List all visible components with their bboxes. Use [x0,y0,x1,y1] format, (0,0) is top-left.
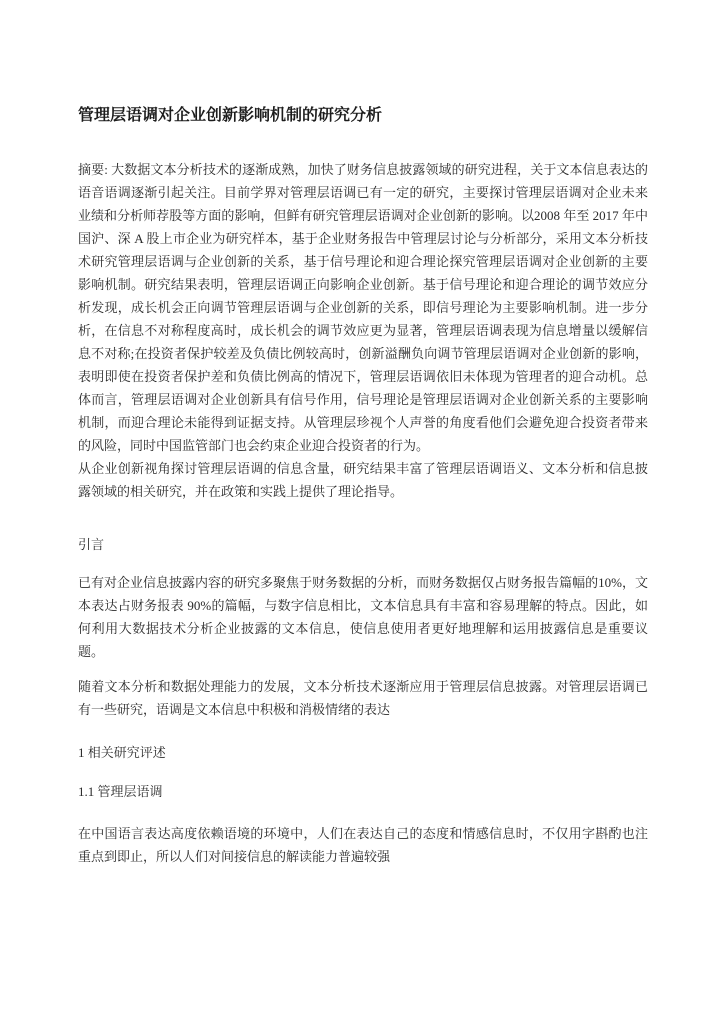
abstract-paragraph-2: 从企业创新视角探讨管理层语调的信息含量，研究结果丰富了管理层语调语义、文本分析和… [78,457,648,503]
page-title: 管理层语调对企业创新影响机制的研究分析 [78,104,648,128]
abstract-block: 摘要: 大数据文本分析技术的逐渐成熟，加快了财务信息披露领域的研究进程，关于文本… [78,158,648,503]
introduction-paragraph-2: 随着文本分析和数据处理能力的发展，文本分析技术逐渐应用于管理层信息披露。对管理层… [78,675,648,721]
section-heading-introduction: 引言 [78,533,648,556]
management-tone-paragraph-1: 在中国语言表达高度依赖语境的环境中，人们在表达自己的态度和情感信息时，不仅用字斟… [78,822,648,868]
section-heading-management-tone: 1.1 管理层语调 [78,780,648,803]
document-page: 管理层语调对企业创新影响机制的研究分析 摘要: 大数据文本分析技术的逐渐成熟，加… [0,0,720,1018]
section-related-research: 1 相关研究评述 [78,741,648,764]
document-content: 管理层语调对企业创新影响机制的研究分析 摘要: 大数据文本分析技术的逐渐成熟，加… [78,0,648,868]
abstract-paragraph-1: 摘要: 大数据文本分析技术的逐渐成熟，加快了财务信息披露领域的研究进程，关于文本… [78,158,648,457]
introduction-paragraph-1: 已有对企业信息披露内容的研究多聚焦于财务数据的分析，而财务数据仅占财务报告篇幅的… [78,571,648,663]
section-management-tone: 1.1 管理层语调 在中国语言表达高度依赖语境的环境中，人们在表达自己的态度和情… [78,780,648,868]
section-introduction: 引言 已有对企业信息披露内容的研究多聚焦于财务数据的分析，而财务数据仅占财务报告… [78,533,648,721]
section-heading-related-research: 1 相关研究评述 [78,741,648,764]
